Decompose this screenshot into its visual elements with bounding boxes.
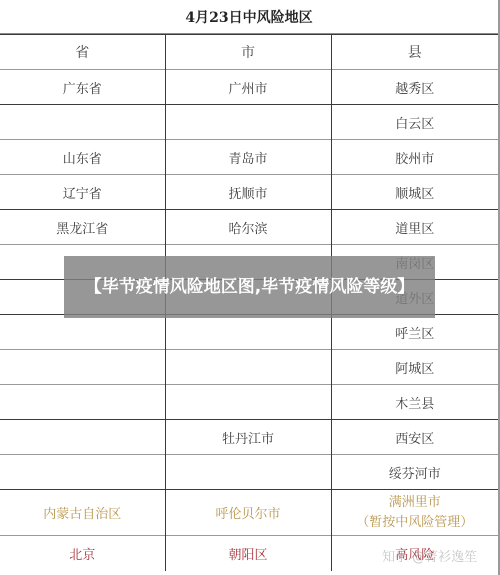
cell-city — [165, 105, 331, 140]
cell-province: 黑龙江省 — [0, 210, 165, 245]
cell-city: 抚顺市 — [165, 175, 331, 210]
cell-county: 白云区 — [331, 105, 498, 140]
cell-county-note: （暂按中风险管理） — [332, 513, 499, 533]
cell-city: 广州市 — [165, 70, 331, 105]
cell-county: 高风险 — [331, 536, 498, 571]
cell-county: 绥芬河市 — [331, 455, 498, 490]
table-row: 白云区 — [0, 105, 498, 140]
cell-city: 哈尔滨 — [165, 210, 331, 245]
cell-city: 牡丹江市 — [165, 420, 331, 455]
header-province: 省 — [0, 35, 165, 70]
cell-county: 胶州市 — [331, 140, 498, 175]
cell-city — [165, 385, 331, 420]
cell-county: 西安区 — [331, 420, 498, 455]
cell-county: 满洲里市 （暂按中风险管理） — [331, 490, 498, 536]
header-city: 市 — [165, 35, 331, 70]
cell-province — [0, 420, 165, 455]
cell-province: 山东省 — [0, 140, 165, 175]
cell-city: 青岛市 — [165, 140, 331, 175]
table-row-high-risk: 北京 朝阳区 高风险 — [0, 536, 498, 571]
table-row: 呼兰区 — [0, 315, 498, 350]
cell-county: 道里区 — [331, 210, 498, 245]
cell-city: 呼伦贝尔市 — [165, 490, 331, 536]
table-row: 绥芬河市 — [0, 455, 498, 490]
cell-province — [0, 455, 165, 490]
table-title: 4月23日中风险地区 — [0, 0, 498, 34]
cell-province: 广东省 — [0, 70, 165, 105]
table-row: 辽宁省 抚顺市 顺城区 — [0, 175, 498, 210]
caption-overlay: 【毕节疫情风险地区图,毕节疫情风险等级】 — [64, 256, 435, 318]
cell-county-name: 满洲里市 — [332, 493, 499, 513]
risk-area-table-image: 4月23日中风险地区 省 市 县 广东省 广州市 越秀区 白云区 山东省 青岛市… — [0, 0, 500, 575]
table-row: 木兰县 — [0, 385, 498, 420]
cell-county: 顺城区 — [331, 175, 498, 210]
table-row: 牡丹江市 西安区 — [0, 420, 498, 455]
cell-province — [0, 315, 165, 350]
cell-province: 内蒙古自治区 — [0, 490, 165, 536]
table-row-managed-as-medium: 内蒙古自治区 呼伦贝尔市 满洲里市 （暂按中风险管理） — [0, 490, 498, 536]
cell-county: 阿城区 — [331, 350, 498, 385]
cell-province: 辽宁省 — [0, 175, 165, 210]
cell-city — [165, 350, 331, 385]
cell-county: 越秀区 — [331, 70, 498, 105]
cell-province — [0, 350, 165, 385]
cell-province: 北京 — [0, 536, 165, 571]
table-row: 阿城区 — [0, 350, 498, 385]
cell-city: 朝阳区 — [165, 536, 331, 571]
cell-county: 呼兰区 — [331, 315, 498, 350]
cell-city — [165, 315, 331, 350]
cell-province — [0, 105, 165, 140]
table-row: 黑龙江省 哈尔滨 道里区 — [0, 210, 498, 245]
cell-county: 木兰县 — [331, 385, 498, 420]
caption-text: 【毕节疫情风险地区图,毕节疫情风险等级】 — [85, 275, 414, 300]
table-row: 广东省 广州市 越秀区 — [0, 70, 498, 105]
cell-province — [0, 385, 165, 420]
cell-city — [165, 455, 331, 490]
header-row: 省 市 县 — [0, 35, 498, 70]
table-row: 山东省 青岛市 胶州市 — [0, 140, 498, 175]
header-county: 县 — [331, 35, 498, 70]
